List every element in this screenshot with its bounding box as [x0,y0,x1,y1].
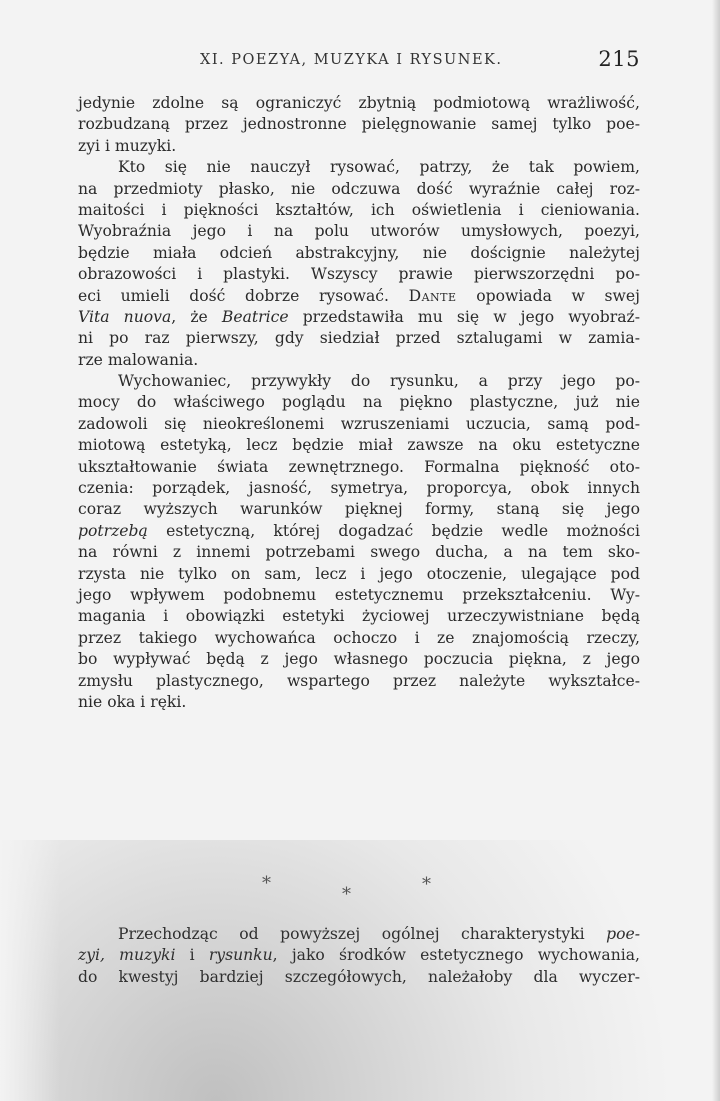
text-line: będzie miała odcień abstrakcyjny, nie do… [78,243,640,264]
text-line: czenia: porządek, jasność, symetrya, pro… [78,478,640,499]
text-line: zadowoli się nieokreślonemi wzruszeniami… [78,414,640,435]
text-line: miotową estetyką, lecz będzie miał zawsz… [78,435,640,456]
section-2-text: Przechodząc od powyższej ogólnej charakt… [78,924,640,988]
text-line: Wyobraźnia jego i na polu utworów umysło… [78,221,640,242]
text-line: rze malowania. [78,350,640,371]
asterisk-icon: * [262,873,271,894]
text-line: jedynie zdolne są ograniczyć zbytnią pod… [78,93,640,114]
text-line: obrazowości i plastyki. Wszyscy prawie p… [78,264,640,285]
text-segment: opowiada w swej [476,287,640,305]
book-page: XI. POEZYA, MUZYKA I RYSUNEK. 215 jedyni… [0,0,720,1101]
text-line: maitości i piękności kształtów, ich oświ… [78,200,640,221]
text-segment: przedstawiła mu się w jego wyobraź- [303,308,640,326]
emph-poezyi: poe- [606,925,640,943]
text-line: ukształtowanie świata zewnętrznego. Form… [78,457,640,478]
emph-potrzeba: potrzebą [78,522,148,540]
name-beatrice: Beatrice [222,308,289,326]
text-line: bo wypływać będą z jego własnego poczuci… [78,649,640,670]
text-line: jego wpływem podobnemu estetycznemu prze… [78,585,640,606]
text-line: nie oka i ręki. [78,692,640,713]
text-line: ni po raz pierwszy, gdy siedział przed s… [78,328,640,349]
text-line: przez takiego wychowańca ochoczo i ze zn… [78,628,640,649]
page-edge [712,0,720,1101]
text-line: coraz wyższych warunków pięknej formy, s… [78,499,640,520]
text-line: mocy do właściwego poglądu na piękno pla… [78,392,640,413]
text-line-potrzeba: potrzebą estetyczną, której dogadzać będ… [78,521,640,542]
text-line-dante: eci umieli dość dobrze rysować. Dante op… [78,286,640,307]
text-line: na przedmioty płasko, nie odczuwa dość w… [78,179,640,200]
name-dante: Dante [409,287,457,305]
paragraph-start: Przechodząc od powyższej ogólnej charakt… [78,924,640,945]
scan-shadow-left [0,820,60,1101]
text-line-beatrice: Vita nuova, że Beatrice przedstawiła mu … [78,307,640,328]
paragraph-start: Kto się nie nauczył rysować, patrzy, że … [78,157,640,178]
text-line: zmysłu plastycznego, wspartego przez nal… [78,671,640,692]
text-line: zyi i muzyki. [78,136,640,157]
text-line: rozbudzaną przez jednostronne pielęgnowa… [78,114,640,135]
text-segment: Przechodząc od powyższej ogólnej charakt… [118,925,585,943]
text-line: magania i obowiązki estetyki życiowej ur… [78,606,640,627]
text-segment: , jako środków estetycznego wychowania, [273,946,640,964]
title-vita-nuova: Vita nuova [78,308,171,326]
emph-rysunku: rysunku [209,946,273,964]
running-title: XI. POEZYA, MUZYKA I RYSUNEK. [200,52,503,68]
text-segment: eci umieli dość dobrze rysować. [78,287,389,305]
text-line: rzysta nie tylko on sam, lecz i jego oto… [78,564,640,585]
text-line: zyi, muzyki i rysunku, jako środków este… [78,945,640,966]
paragraph-start: Wychowaniec, przywykły do rysunku, a prz… [78,371,640,392]
text-segment: i [175,946,208,964]
text-line: do kwestyj bardziej szczegółowych, należ… [78,967,640,988]
page-number: 215 [598,47,640,71]
section-1-text: jedynie zdolne są ograniczyć zbytnią pod… [78,93,640,713]
text-line: na równi z innemi potrzebami swego ducha… [78,542,640,563]
text-segment: estetyczną, której dogadzać będzie wedle… [166,522,640,540]
running-head: XI. POEZYA, MUZYKA I RYSUNEK. 215 [200,47,640,73]
emph-poezyi-muzyki: zyi, muzyki [78,946,175,964]
asterisk-icon: * [422,874,431,895]
text-segment: , że [171,308,208,326]
asterisk-icon: * [342,884,351,905]
